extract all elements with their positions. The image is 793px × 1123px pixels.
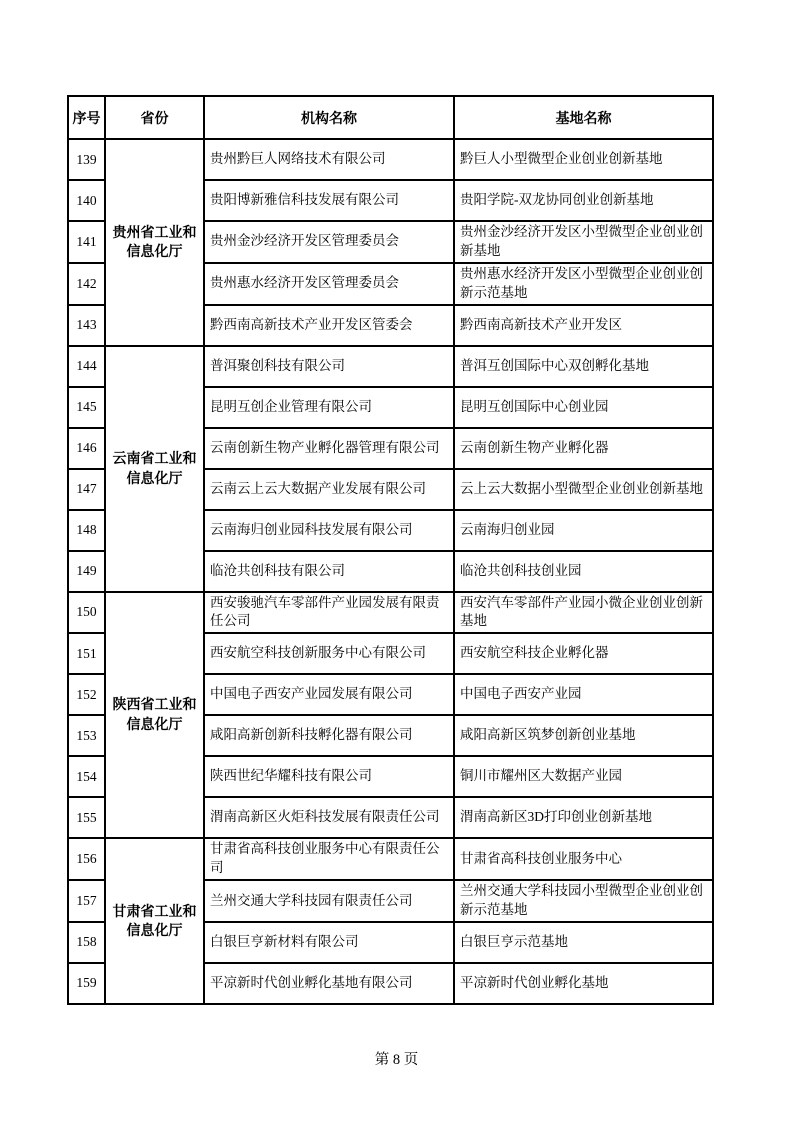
org-cell: 陕西世纪华耀科技有限公司	[204, 756, 454, 797]
column-header-base: 基地名称	[454, 96, 713, 139]
org-cell: 临沧共创科技有限公司	[204, 551, 454, 592]
serial-cell: 146	[68, 428, 105, 469]
serial-cell: 140	[68, 180, 105, 221]
table-header-row: 序号 省份 机构名称 基地名称	[68, 96, 713, 139]
page-number: 第 8 页	[0, 1048, 793, 1069]
base-cell: 云南海归创业园	[454, 510, 713, 551]
org-cell: 云南海归创业园科技发展有限公司	[204, 510, 454, 551]
serial-cell: 155	[68, 797, 105, 838]
org-cell: 贵阳博新雅信科技发展有限公司	[204, 180, 454, 221]
base-cell: 白银巨亨示范基地	[454, 922, 713, 963]
base-cell: 铜川市耀州区大数据产业园	[454, 756, 713, 797]
base-cell: 昆明互创国际中心创业园	[454, 387, 713, 428]
org-cell: 兰州交通大学科技园有限责任公司	[204, 880, 454, 922]
serial-cell: 141	[68, 221, 105, 263]
base-cell: 贵州金沙经济开发区小型微型企业创业创新基地	[454, 221, 713, 263]
province-cell: 云南省工业和信息化厅	[105, 346, 204, 592]
org-cell: 云南云上云大数据产业发展有限公司	[204, 469, 454, 510]
serial-cell: 145	[68, 387, 105, 428]
base-cell: 贵州惠水经济开发区小型微型企业创业创新示范基地	[454, 263, 713, 305]
column-header-serial: 序号	[68, 96, 105, 139]
province-cell: 甘肃省工业和信息化厅	[105, 838, 204, 1004]
org-cell: 贵州惠水经济开发区管理委员会	[204, 263, 454, 305]
table-row: 150 陕西省工业和信息化厅 西安骏驰汽车零部件产业园发展有限责任公司 西安汽车…	[68, 592, 713, 634]
base-cell: 甘肃省高科技创业服务中心	[454, 838, 713, 880]
org-cell: 甘肃省高科技创业服务中心有限责任公司	[204, 838, 454, 880]
org-cell: 平凉新时代创业孵化基地有限公司	[204, 963, 454, 1004]
base-cell: 贵阳学院-双龙协同创业创新基地	[454, 180, 713, 221]
base-cell: 渭南高新区3D打印创业创新基地	[454, 797, 713, 838]
province-cell: 贵州省工业和信息化厅	[105, 139, 204, 346]
org-cell: 西安骏驰汽车零部件产业园发展有限责任公司	[204, 592, 454, 634]
serial-cell: 153	[68, 715, 105, 756]
column-header-province: 省份	[105, 96, 204, 139]
serial-cell: 143	[68, 305, 105, 346]
document-page: 序号 省份 机构名称 基地名称 139 贵州省工业和信息化厅 贵州黔巨人网络技术…	[0, 0, 793, 1123]
serial-cell: 142	[68, 263, 105, 305]
province-cell: 陕西省工业和信息化厅	[105, 592, 204, 839]
serial-cell: 156	[68, 838, 105, 880]
serial-cell: 152	[68, 674, 105, 715]
base-cell: 临沧共创科技创业园	[454, 551, 713, 592]
base-cell: 云南创新生物产业孵化器	[454, 428, 713, 469]
base-cell: 云上云大数据小型微型企业创业创新基地	[454, 469, 713, 510]
org-cell: 渭南高新区火炬科技发展有限责任公司	[204, 797, 454, 838]
org-cell: 云南创新生物产业孵化器管理有限公司	[204, 428, 454, 469]
table-row: 139 贵州省工业和信息化厅 贵州黔巨人网络技术有限公司 黔巨人小型微型企业创业…	[68, 139, 713, 180]
base-cell: 黔西南高新技术产业开发区	[454, 305, 713, 346]
serial-cell: 157	[68, 880, 105, 922]
org-cell: 昆明互创企业管理有限公司	[204, 387, 454, 428]
table-row: 156 甘肃省工业和信息化厅 甘肃省高科技创业服务中心有限责任公司 甘肃省高科技…	[68, 838, 713, 880]
org-cell: 白银巨亨新材料有限公司	[204, 922, 454, 963]
provincial-base-table: 序号 省份 机构名称 基地名称 139 贵州省工业和信息化厅 贵州黔巨人网络技术…	[67, 95, 714, 1005]
serial-cell: 144	[68, 346, 105, 387]
org-cell: 中国电子西安产业园发展有限公司	[204, 674, 454, 715]
serial-cell: 147	[68, 469, 105, 510]
serial-cell: 148	[68, 510, 105, 551]
base-cell: 西安汽车零部件产业园小微企业创业创新基地	[454, 592, 713, 634]
base-cell: 普洱互创国际中心双创孵化基地	[454, 346, 713, 387]
table-row: 144 云南省工业和信息化厅 普洱聚创科技有限公司 普洱互创国际中心双创孵化基地	[68, 346, 713, 387]
base-cell: 西安航空科技企业孵化器	[454, 633, 713, 674]
serial-cell: 139	[68, 139, 105, 180]
base-cell: 平凉新时代创业孵化基地	[454, 963, 713, 1004]
serial-cell: 159	[68, 963, 105, 1004]
org-cell: 西安航空科技创新服务中心有限公司	[204, 633, 454, 674]
org-cell: 咸阳高新创新科技孵化器有限公司	[204, 715, 454, 756]
org-cell: 普洱聚创科技有限公司	[204, 346, 454, 387]
base-cell: 中国电子西安产业园	[454, 674, 713, 715]
serial-cell: 151	[68, 633, 105, 674]
base-cell: 咸阳高新区筑梦创新创业基地	[454, 715, 713, 756]
org-cell: 黔西南高新技术产业开发区管委会	[204, 305, 454, 346]
base-cell: 黔巨人小型微型企业创业创新基地	[454, 139, 713, 180]
serial-cell: 158	[68, 922, 105, 963]
org-cell: 贵州金沙经济开发区管理委员会	[204, 221, 454, 263]
serial-cell: 150	[68, 592, 105, 634]
org-cell: 贵州黔巨人网络技术有限公司	[204, 139, 454, 180]
base-cell: 兰州交通大学科技园小型微型企业创业创新示范基地	[454, 880, 713, 922]
serial-cell: 154	[68, 756, 105, 797]
serial-cell: 149	[68, 551, 105, 592]
column-header-org: 机构名称	[204, 96, 454, 139]
